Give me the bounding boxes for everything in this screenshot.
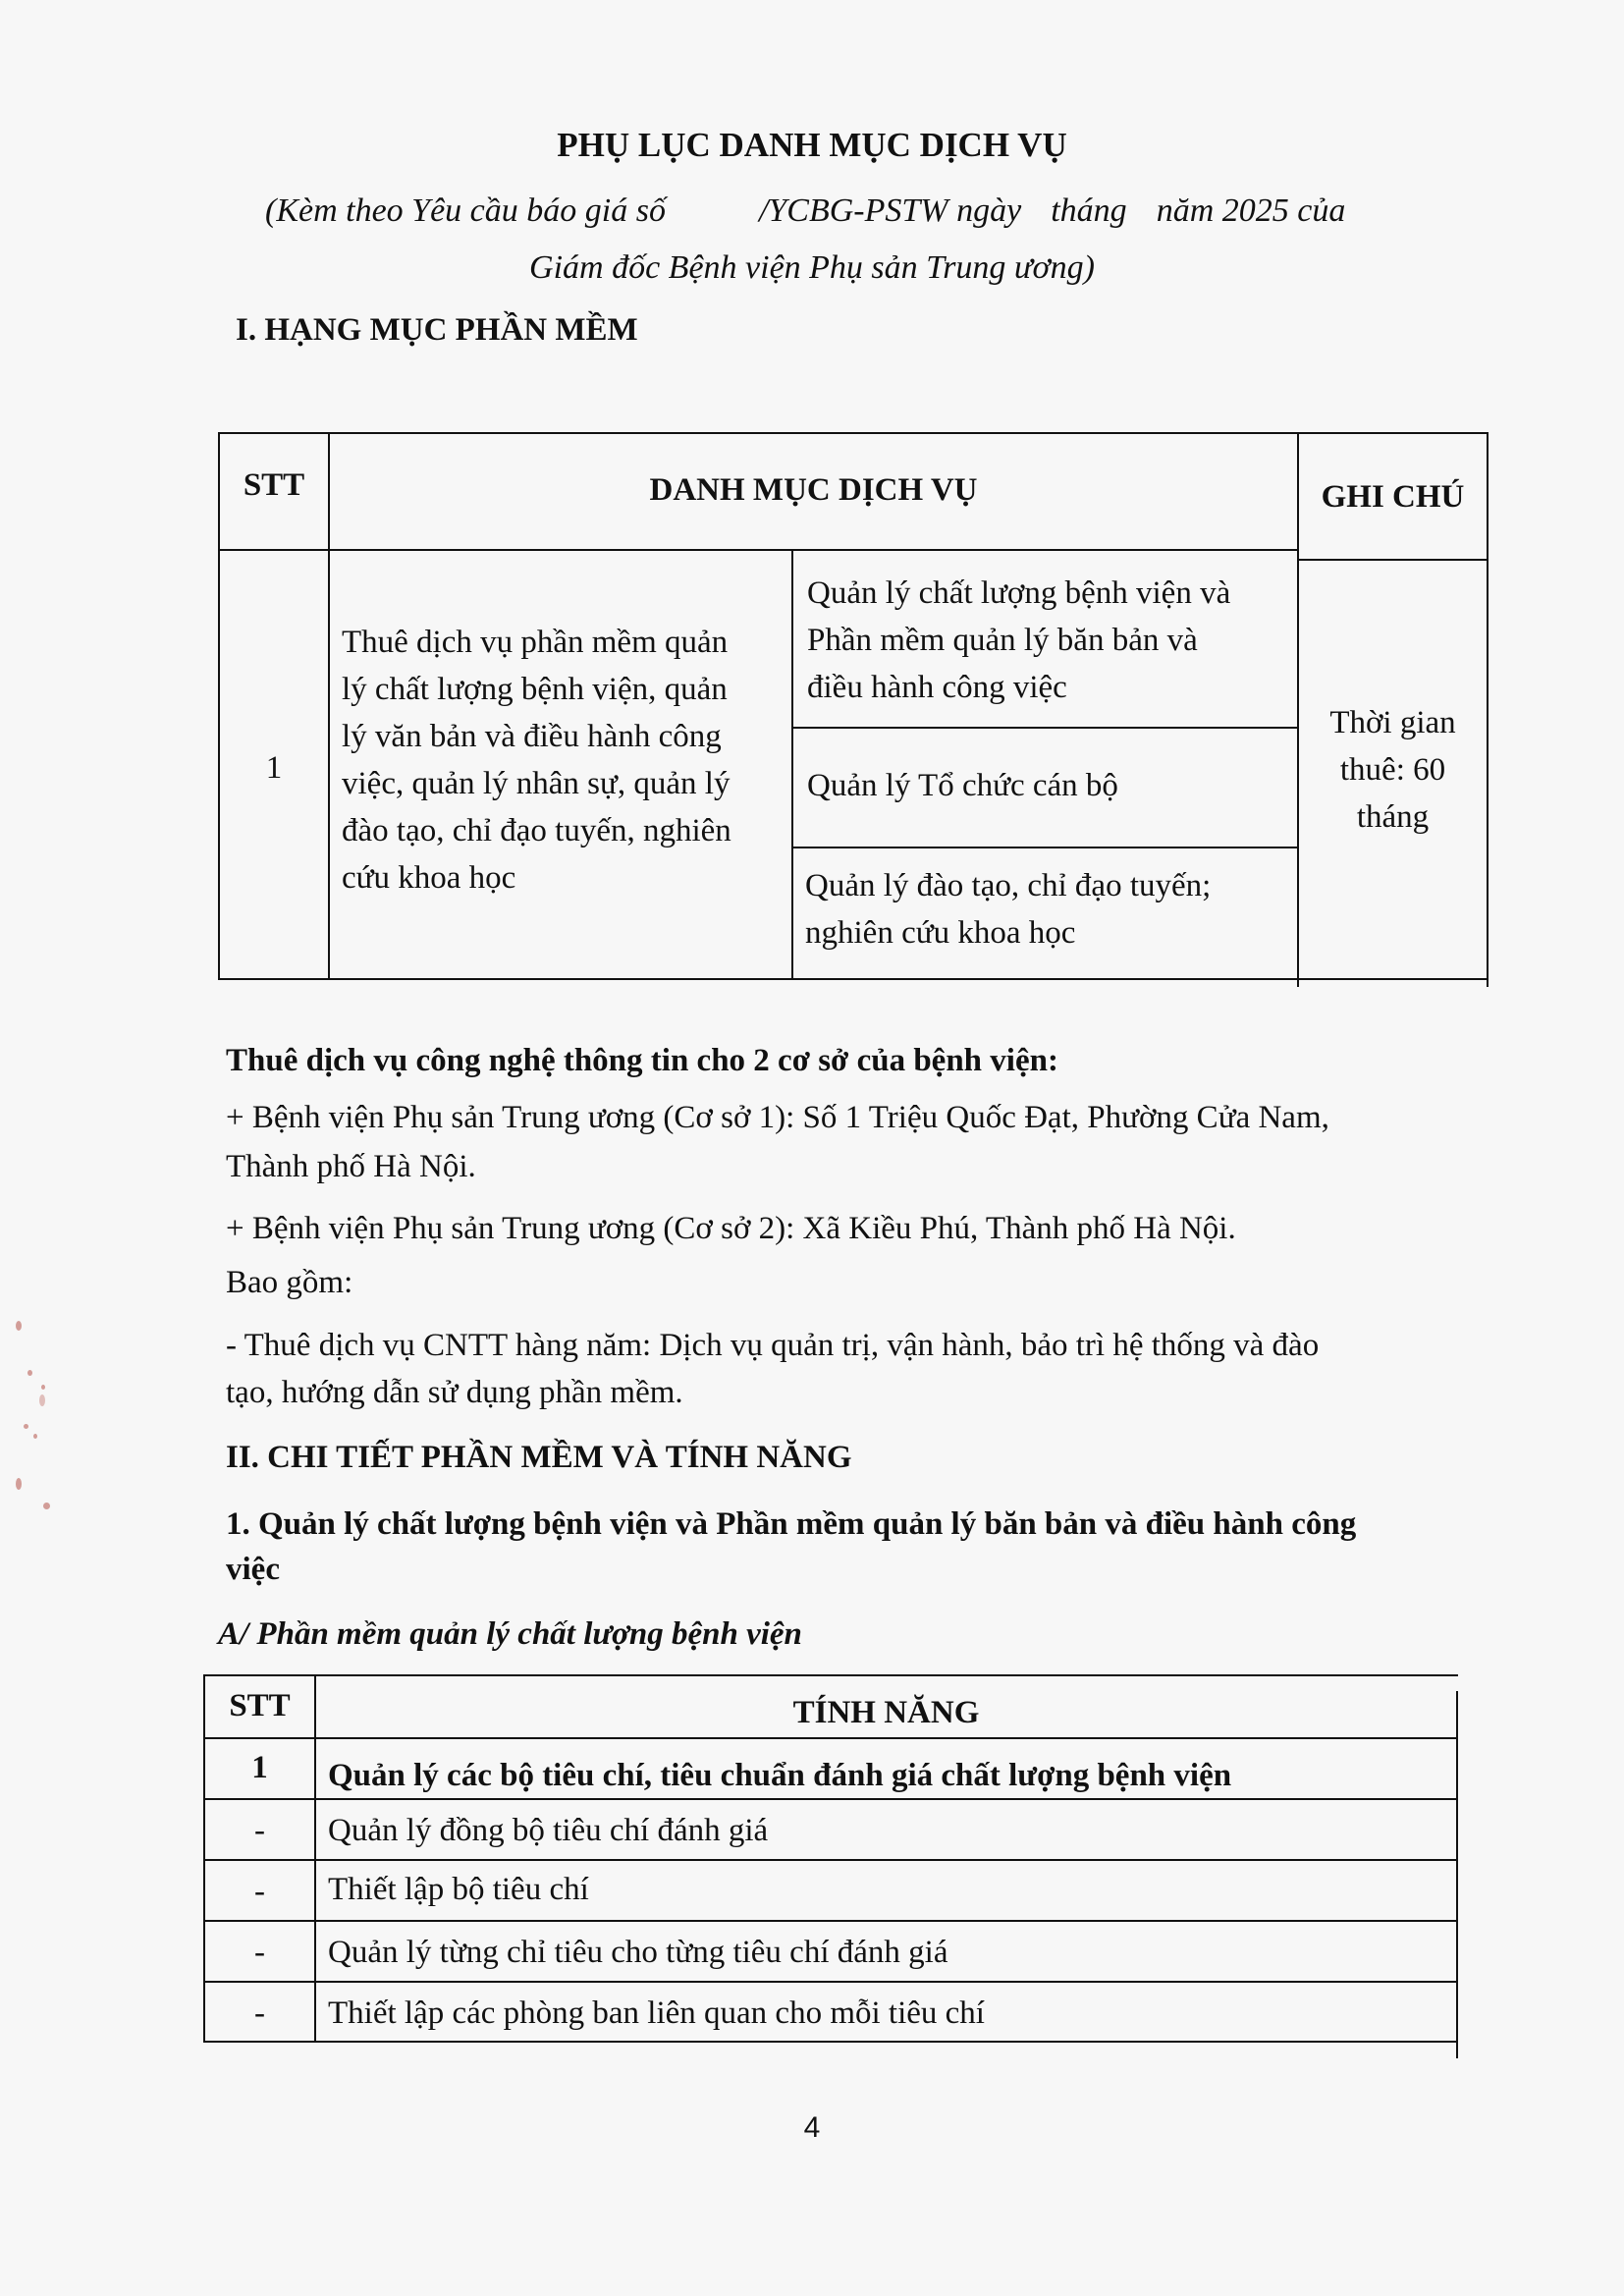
section-heading-1: I. HẠNG MỤC PHẦN MỀM xyxy=(236,312,638,349)
site2-text: + Bệnh viện Phụ sản Trung ương (Cơ sở 2)… xyxy=(226,1211,1236,1247)
service-line2: tạo, hướng dẫn sử dụng phần mềm. xyxy=(226,1375,683,1411)
row-stt: 1 xyxy=(220,744,328,792)
description-line: Thuê dịch vụ phần mềm quản xyxy=(342,619,784,666)
row-stt: - xyxy=(205,1807,314,1854)
service-line1: - Thuê dịch vụ CNTT hàng năm: Dịch vụ qu… xyxy=(226,1328,1319,1364)
subtitle-part: (Kèm theo Yêu cầu báo giá số xyxy=(265,192,666,229)
feature-header-stt: STT xyxy=(205,1682,314,1729)
section-heading-2: II. CHI TIẾT PHẦN MỀM VÀ TÍNH NĂNG xyxy=(226,1440,852,1476)
page-number: 4 xyxy=(0,2111,1624,2145)
note-line: Thời gian xyxy=(1299,699,1487,746)
subitem-quality-docs: Quản lý chất lượng bệnh viện và Phần mềm… xyxy=(807,570,1293,711)
subitem-line: điều hành công việc xyxy=(807,664,1293,711)
subtitle-line-1: (Kèm theo Yêu cầu báo giá số/YCBG-PSTW n… xyxy=(265,192,1453,230)
subtitle-part: tháng xyxy=(1051,192,1126,229)
row-feature: Thiết lập bộ tiêu chí xyxy=(328,1866,589,1913)
row-feature: Quản lý đồng bộ tiêu chí đánh giá xyxy=(328,1807,768,1854)
note-line: tháng xyxy=(1299,793,1487,841)
subitem-line: Phần mềm quản lý băn bản và xyxy=(807,617,1293,664)
subitem-line: Quản lý đào tạo, chỉ đạo tuyến; xyxy=(805,862,1291,909)
row-stt: - xyxy=(205,1990,314,2037)
subtitle-line-2: Giám đốc Bệnh viện Phụ sản Trung ương) xyxy=(0,249,1624,287)
row-stt: 1 xyxy=(205,1744,314,1791)
includes-label: Bao gồm: xyxy=(226,1265,352,1301)
table-header-stt: STT xyxy=(220,462,328,509)
row-feature: Quản lý các bộ tiêu chí, tiêu chuẩn đánh… xyxy=(328,1752,1231,1799)
row-stt: - xyxy=(205,1929,314,1976)
row-stt: - xyxy=(205,1868,314,1915)
subitem-line: Quản lý chất lượng bệnh viện và xyxy=(807,570,1293,617)
description-line: việc, quản lý nhân sự, quản lý xyxy=(342,760,784,807)
table-header-note: GHI CHÚ xyxy=(1299,473,1487,520)
row-feature: Thiết lập các phòng ban liên quan cho mỗ… xyxy=(328,1990,985,2037)
subtitle-part: /YCBG-PSTW ngày xyxy=(759,192,1021,229)
intro-text: Thuê dịch vụ công nghệ thông tin cho 2 c… xyxy=(226,1043,1058,1079)
note-line: thuê: 60 xyxy=(1299,746,1487,793)
site1-line1: + Bệnh viện Phụ sản Trung ương (Cơ sở 1)… xyxy=(226,1100,1329,1136)
row-feature: Quản lý từng chỉ tiêu cho từng tiêu chí … xyxy=(328,1929,947,1976)
row-description: Thuê dịch vụ phần mềm quản lý chất lượng… xyxy=(342,619,784,902)
table-header-service: DANH MỤC DỊCH VỤ xyxy=(330,466,1297,514)
description-line: lý chất lượng bệnh viện, quản xyxy=(342,666,784,713)
subsection-1-line1: 1. Quản lý chất lượng bệnh viện và Phần … xyxy=(226,1506,1356,1543)
description-line: cứu khoa học xyxy=(342,854,784,902)
row-note: Thời gian thuê: 60 tháng xyxy=(1299,699,1487,841)
subsection-a-title: A/ Phần mềm quản lý chất lượng bệnh viện xyxy=(218,1616,802,1653)
subitem-personnel: Quản lý Tổ chức cán bộ xyxy=(807,762,1293,809)
subtitle-part: năm 2025 của xyxy=(1157,192,1346,229)
description-line: đào tạo, chỉ đạo tuyến, nghiên xyxy=(342,807,784,854)
document-title: PHỤ LỤC DANH MỤC DỊCH VỤ xyxy=(0,126,1624,165)
subsection-1-line2: việc xyxy=(226,1552,280,1588)
subitem-line: nghiên cứu khoa học xyxy=(805,909,1291,957)
subitem-training-research: Quản lý đào tạo, chỉ đạo tuyến; nghiên c… xyxy=(805,862,1291,957)
site1-line2: Thành phố Hà Nội. xyxy=(226,1149,476,1185)
feature-header-name: TÍNH NĂNG xyxy=(316,1689,1456,1736)
subitem-line: Quản lý Tổ chức cán bộ xyxy=(807,762,1293,809)
description-line: lý văn bản và điều hành công xyxy=(342,713,784,760)
